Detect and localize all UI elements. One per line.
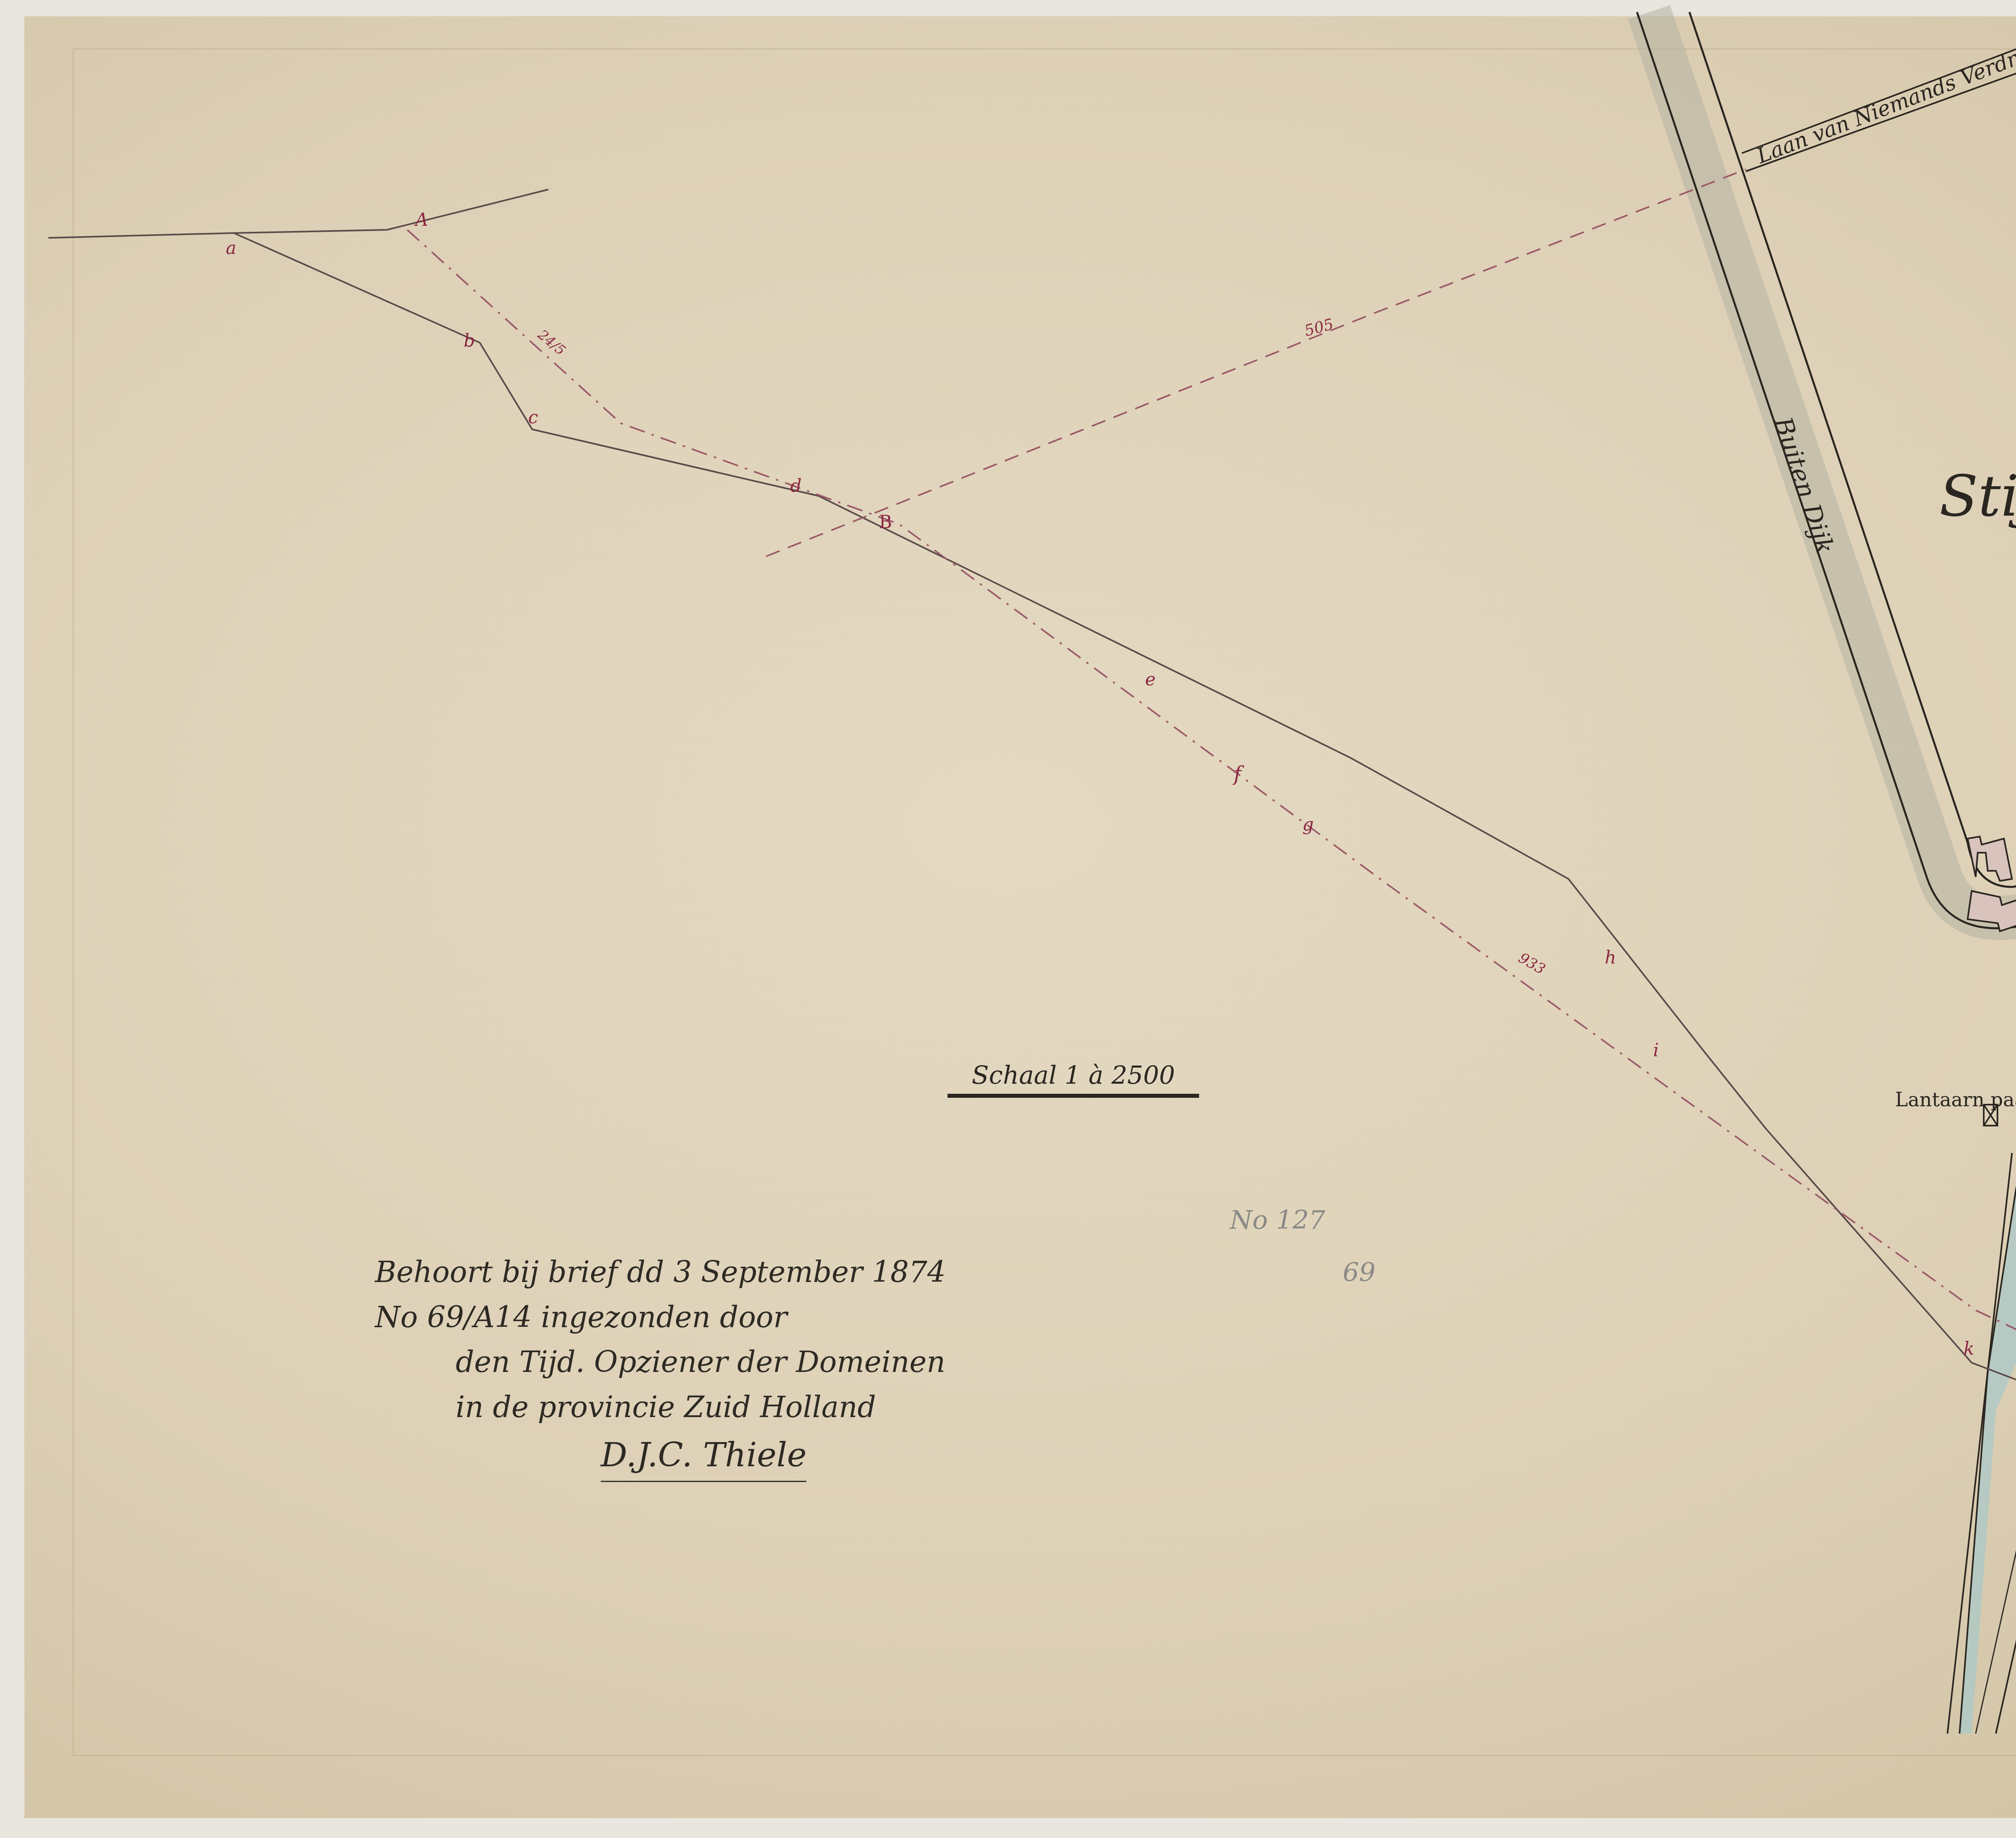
survey-point-c: c (528, 407, 538, 428)
signature: D.J.C. Thiele (601, 1430, 806, 1482)
pencil-number: No 127 (1230, 1205, 1325, 1235)
survey-point-d: d (790, 476, 802, 496)
survey-point-k: k (1964, 1338, 1974, 1359)
survey-point-h: h (1605, 947, 1616, 968)
survey-point-g: g (1302, 814, 1314, 835)
place-title: Stijen - Sas (1939, 464, 2016, 529)
survey-point-a: a (226, 238, 236, 258)
survey-point-A: A (415, 210, 428, 230)
annotation-line-2: No 69/A14 ingezonden door (375, 1295, 946, 1340)
harbour-canal (1947, 802, 2016, 1734)
annotation-line-3: den Tijd. Opziener der Domeinen (375, 1340, 946, 1385)
survey-point-i: i (1653, 1040, 1659, 1061)
annotation-reference-number: No 69/A14 (375, 1300, 532, 1334)
lamp-post-label: Lantaarn paal (1895, 1089, 2016, 1111)
annotation-line-4: in de provincie Zuid Holland (375, 1385, 946, 1430)
survey-point-f: f (1234, 762, 1241, 785)
annotation-submitted-by: ingezonden door (541, 1300, 787, 1334)
annotation-line-1: Behoort bij brief dd 3 September 1874 (375, 1250, 946, 1295)
survey-point-B: B (879, 512, 892, 533)
pencil-sheet: 69 (1343, 1258, 1375, 1288)
map-drawing (0, 0, 2016, 1838)
survey-boundary-line (48, 189, 2016, 1802)
sluice-buildings (1968, 837, 2016, 931)
scale-label: Schaal 1 à 2500 (948, 1060, 1199, 1098)
handwritten-annotation: Behoort bij brief dd 3 September 1874 No… (375, 1250, 946, 1482)
survey-point-e: e (1145, 669, 1156, 690)
survey-point-b: b (464, 331, 475, 351)
